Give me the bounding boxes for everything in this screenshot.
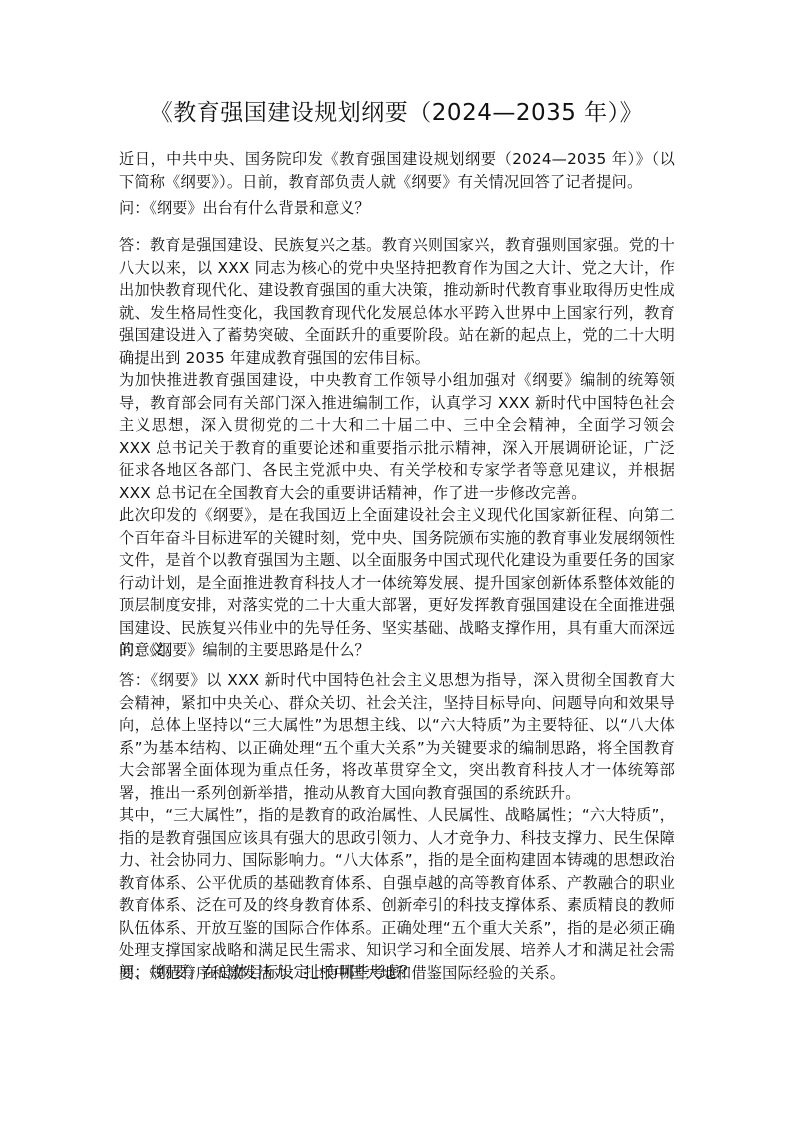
answer-2: 答：《纲要》以 XXX 新时代中国特色社会主义思想为指导，深入贯彻全国教育大会精… [119,669,675,804]
intro-paragraph: 近日，中共中央、国务院印发《教育强国建设规划纲要（2024—2035 年）》（以… [119,148,675,193]
answer-1: 答：教育是强国建设、民族复兴之基。教育兴则国家兴，教育强则国家强。党的十八大以来… [119,234,675,369]
question-2: 问：《纲要》编制的主要思路是什么？ [119,639,675,662]
paragraph-explanation: 其中，“三大属性”，指的是教育的政治属性、人民属性、战略属性；“六大特质”，指的… [119,804,675,984]
paragraph-drafting-process: 为加快推进教育强国建设，中央教育工作领导小组加强对《纲要》编制的统筹领导，教育部… [119,369,675,504]
document-title: 《教育强国建设规划纲要（2024—2035 年）》 [0,98,793,128]
question-1: 问：《纲要》出台有什么背景和意义？ [119,197,675,220]
paragraph-significance: 此次印发的《纲要》，是在我国迈上全面建设社会主义现代化国家新征程、向第二个百年奋… [119,504,675,662]
question-3: 问：《纲要》在总体目标设定上有哪些考虑？ [119,961,675,984]
